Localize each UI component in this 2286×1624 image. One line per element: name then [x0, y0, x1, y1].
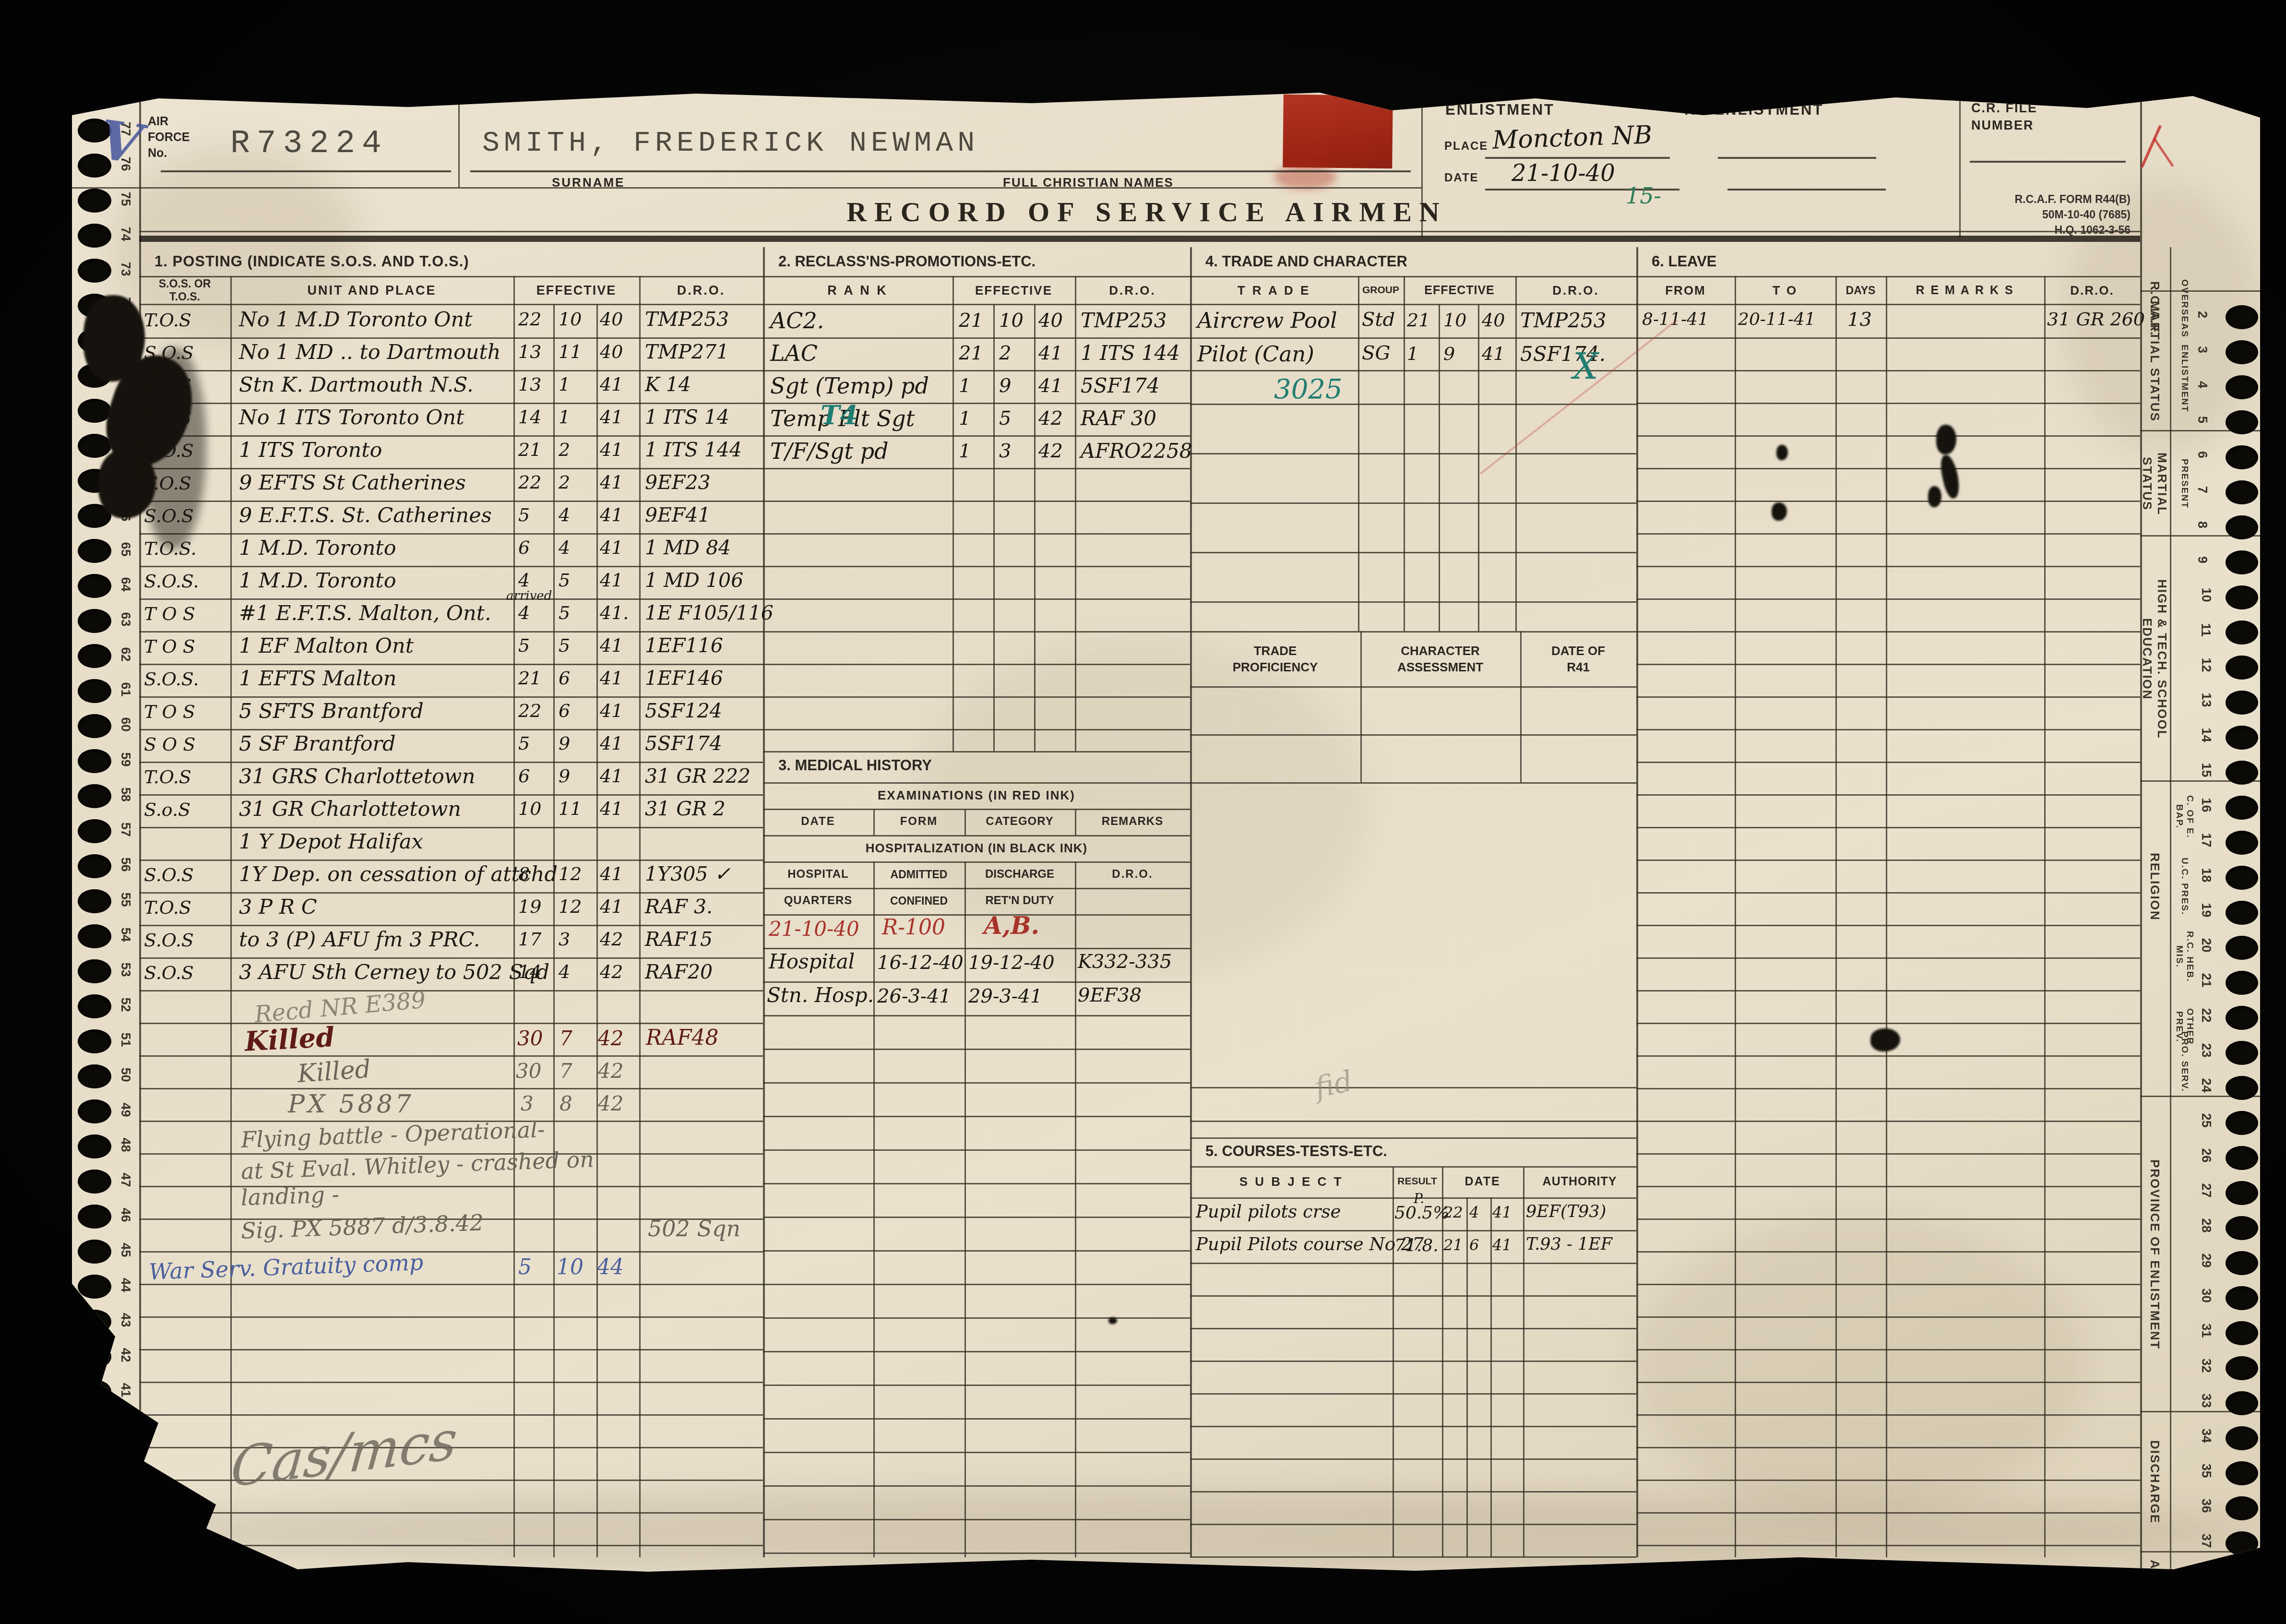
promotions-col-dro: D.R.O. — [1075, 277, 1190, 304]
promotion-dro: AFRO2258 — [1081, 439, 1192, 463]
punch-hole — [2226, 971, 2258, 995]
grid-line — [1190, 1328, 1636, 1329]
edge-number-right: 31 — [2199, 1323, 2214, 1337]
grid-line — [1636, 794, 2140, 796]
edge-label-outer: C. OF E. BAP. — [2171, 781, 2198, 852]
grid-line — [139, 762, 763, 763]
punch-hole — [2226, 550, 2258, 574]
grid-line — [1718, 157, 1876, 159]
grid-line — [1636, 1088, 2140, 1089]
grid-line — [139, 1088, 763, 1089]
grid-line — [1636, 762, 2140, 763]
posting-day: 8 — [518, 863, 530, 884]
medical-hosp-band: HOSPITALIZATION (IN BLACK INK) — [763, 836, 1190, 860]
punch-hole — [2226, 375, 2258, 399]
punch-hole — [78, 1240, 111, 1264]
edge-number-right: 35 — [2199, 1463, 2214, 1478]
grid-line — [1190, 1491, 1636, 1493]
posting-sos: T O S — [144, 636, 195, 657]
punch-hole — [78, 434, 111, 458]
grid-line — [1190, 1556, 1636, 1558]
trade-month: 10 — [1443, 310, 1466, 331]
promotions-col-effective: EFFECTIVE — [952, 277, 1075, 304]
promotion-dro: RAF 30 — [1081, 406, 1156, 430]
section-medical-title: 3. MEDICAL HISTORY — [778, 757, 932, 774]
edge-number-left: 64 — [118, 577, 133, 591]
edge-number-left: 49 — [118, 1102, 133, 1117]
grid-line — [1636, 598, 2140, 600]
edge-label-inner: MARTIAL STATUS — [2141, 431, 2168, 537]
posting-killed-pencil-month: 7 — [560, 1059, 572, 1083]
edge-number-left: 65 — [118, 542, 133, 556]
posting-killed-red-day: 30 — [517, 1027, 543, 1050]
trade-r41-col: DATE OF R41 — [1520, 631, 1636, 686]
posting-month: 4 — [559, 961, 570, 982]
paper-stain — [72, 1490, 2260, 1572]
grid-line — [139, 1545, 763, 1546]
posting-year: 41 — [600, 504, 623, 525]
grid-line — [1190, 1295, 1636, 1297]
trade-name: Aircrew Pool — [1197, 308, 1337, 333]
course-result: 50.5% — [1394, 1203, 1449, 1223]
grid-line — [763, 631, 1190, 633]
trade-prof-col: TRADE PROFICIENCY — [1190, 631, 1360, 686]
posting-year: 41 — [600, 472, 623, 493]
grid-line — [139, 1284, 763, 1285]
ink-blot — [1772, 502, 1787, 521]
grid-line — [139, 468, 763, 469]
punch-hole — [2226, 1461, 2258, 1485]
leave-col-from: FROM — [1636, 277, 1735, 304]
course-year: 41 — [1492, 1203, 1512, 1221]
posting-killed-red: Killed — [244, 1021, 335, 1058]
posting-unit: 1 Y Depot Halifax — [239, 830, 423, 854]
punch-hole — [78, 749, 111, 773]
grid-line — [1636, 664, 2140, 665]
posting-sos: T.O.S — [144, 897, 191, 918]
medical-hosp-col-hospital: HOSPITAL — [763, 862, 873, 886]
grid-line — [763, 533, 1190, 535]
edge-number-right: 30 — [2199, 1288, 2214, 1302]
posting-sos: S.O.S. — [144, 571, 199, 592]
edge-number-right: 17 — [2199, 833, 2214, 847]
promotion-rank: T/F/Sgt pd — [770, 438, 889, 464]
promotion-rank: LAC — [770, 340, 818, 366]
medical-exam-band: EXAMINATIONS (IN RED INK) — [763, 783, 1190, 807]
grid-line — [1190, 1197, 1636, 1199]
punch-hole — [2226, 726, 2258, 750]
punch-hole — [2226, 901, 2258, 925]
posting-dro: 1 MD 84 — [645, 536, 731, 559]
promotion-dro: 5SF174 — [1081, 374, 1160, 397]
edge-label-inner: AC — [2141, 1552, 2168, 1588]
punch-hole — [2226, 445, 2258, 469]
posting-year: 41 — [600, 406, 623, 428]
posting-sos: S.O.S — [144, 930, 194, 951]
section-leave-title: 6. LEAVE — [1652, 253, 1717, 270]
posting-sos: S.o.S — [144, 799, 190, 820]
posting-dro: RAF 3. — [645, 895, 713, 918]
grid-line — [763, 981, 1190, 983]
leave-dro: 31 GR 260 — [2047, 309, 2145, 330]
edge-number-left: 57 — [118, 822, 133, 836]
form-reference: R.C.A.F. FORM R44(B) 50M-10-40 (7685) H.… — [1939, 191, 2131, 238]
promotion-month: 3 — [999, 440, 1011, 462]
posting-unit: to 3 (P) AFU fm 3 PRC. — [239, 928, 480, 952]
grid-line — [1636, 1316, 2140, 1318]
grid-line — [139, 1349, 763, 1350]
punch-hole — [78, 574, 111, 598]
grid-line — [1636, 631, 2140, 633]
edge-number-left: 63 — [118, 612, 133, 626]
medical-hosp-col-confined: CONFINED — [873, 889, 964, 913]
grid-line — [763, 914, 1190, 916]
edge-label-outer: PRO. SERV. — [2171, 1027, 2198, 1097]
grid-line — [1636, 1480, 2140, 1481]
promotion-rank: AC2. — [770, 308, 824, 334]
posting-killed-red-dro: RAF48 — [646, 1026, 718, 1050]
edge-number-left: 45 — [118, 1242, 133, 1257]
grid-line — [763, 1452, 1190, 1453]
leave-days: 13 — [1847, 309, 1872, 331]
posting-dro: 9EF41 — [645, 503, 711, 526]
grid-line — [139, 598, 763, 600]
enlistment-label: ENLISTMENT — [1445, 101, 1555, 119]
edge-number-right: 18 — [2199, 868, 2214, 882]
posting-year: 41 — [600, 896, 623, 917]
grid-line — [1439, 305, 1440, 631]
edge-number-right: 9 — [2195, 556, 2210, 563]
posting-day: 22 — [518, 700, 541, 721]
posting-month: 12 — [559, 863, 582, 884]
grid-line — [763, 1015, 1190, 1016]
edge-number-left: 47 — [118, 1172, 133, 1187]
grid-line — [139, 664, 763, 665]
grid-line — [1636, 403, 2140, 404]
punch-hole — [2226, 1216, 2258, 1240]
grid-line — [763, 1418, 1190, 1420]
grid-line — [763, 1552, 1190, 1554]
medical-hosp-col-retn-duty: RET'N DUTY — [964, 889, 1075, 913]
grid-line — [1190, 1524, 1636, 1525]
posting-day: 4 — [518, 602, 530, 623]
grid-line — [139, 1512, 763, 1514]
grid-line — [1190, 1230, 1636, 1231]
punch-hole — [2226, 480, 2258, 504]
section-trade-title: 4. TRADE AND CHARACTER — [1205, 253, 1407, 270]
medical-hosp-col-quarters: QUARTERS — [763, 889, 873, 913]
medical-hosp-col-discharge: DISCHARGE — [964, 862, 1075, 886]
course-year: 41 — [1492, 1236, 1512, 1254]
grid-line — [1636, 501, 2140, 502]
edge-number-right: 37 — [2199, 1533, 2214, 1548]
posting-month: 3 — [559, 929, 570, 950]
course-month: 6 — [1469, 1236, 1479, 1254]
posting-dro: TMP271 — [645, 340, 729, 363]
leave-col-days: DAYS — [1835, 277, 1886, 304]
posting-month: 5 — [559, 570, 570, 591]
posting-sos: S.O.S — [144, 962, 194, 983]
grid-line — [763, 1082, 1190, 1084]
trade-name: Pilot (Can) — [1197, 341, 1314, 367]
posting-day: 22 — [518, 309, 541, 330]
edge-label-inner: MARTIAL STATUS — [2141, 291, 2168, 431]
medical-hosp-discharge: 29-3-41 — [968, 985, 1042, 1007]
grid-line — [139, 925, 763, 926]
edge-number-right: 16 — [2199, 798, 2214, 812]
trade-col-dro: D.R.O. — [1515, 277, 1636, 304]
grid-line — [139, 1251, 763, 1253]
posting-year: 42 — [600, 961, 623, 982]
posting-day: 13 — [518, 374, 541, 395]
grid-line — [1636, 1153, 2140, 1155]
promotion-day: 1 — [959, 375, 971, 397]
grid-line — [1190, 734, 1636, 736]
posting-year: 41 — [600, 765, 623, 787]
promotions-col-rank: R A N K — [763, 277, 952, 304]
grid-line — [1636, 1251, 2140, 1253]
posting-day: 19 — [518, 896, 541, 917]
grid-line — [458, 89, 460, 187]
posting-day: 14 — [518, 406, 541, 428]
punch-hole — [78, 1310, 111, 1334]
grid-line — [1075, 276, 1076, 751]
posting-sos: S.O.S — [144, 864, 194, 885]
posting-unit: 9 E.F.T.S. St. Catherines — [239, 503, 492, 527]
grid-line — [139, 435, 763, 437]
edge-number-right: 36 — [2199, 1498, 2214, 1513]
punch-hole — [78, 1205, 111, 1229]
edge-number-right: 32 — [2199, 1358, 2214, 1373]
course-authority: T.93 - 1EF — [1526, 1235, 1612, 1254]
punch-hole — [2226, 305, 2258, 329]
posting-month: 6 — [559, 668, 570, 689]
grid-line — [1636, 1349, 2140, 1350]
edge-number-right: 20 — [2199, 938, 2214, 952]
punch-hole — [2226, 1566, 2258, 1590]
punch-hole — [78, 644, 111, 668]
grid-line — [993, 305, 995, 751]
punch-hole — [2226, 1321, 2258, 1345]
promotion-month: 5 — [999, 407, 1011, 430]
punch-hole — [78, 784, 111, 808]
grid-line — [1636, 1382, 2140, 1383]
grid-line — [763, 1149, 1190, 1151]
posting-day: 5 — [518, 504, 530, 525]
posting-dro: 1EF116 — [645, 634, 723, 657]
course-subject: Pupil Pilots course No 27 — [1196, 1234, 1424, 1254]
posting-year: 41 — [600, 439, 623, 460]
grid-line — [1190, 1458, 1636, 1460]
posting-day: 4 — [518, 570, 530, 591]
record-of-service-card: T.O.SNo 1 M.D Toronto Ont221040TMP253S.O… — [72, 89, 2260, 1572]
punch-hole — [78, 1380, 111, 1404]
posting-dro: 5SF174 — [645, 732, 722, 755]
grid-line — [139, 860, 763, 861]
grid-line — [763, 751, 1190, 752]
punch-hole — [2226, 761, 2258, 785]
punch-hole — [2226, 1391, 2258, 1415]
posting-unit: No 1 MD .. to Dartmouth — [239, 340, 501, 364]
edge-number-left: 55 — [118, 892, 133, 907]
punch-hole — [2226, 1531, 2258, 1555]
course-day: 21 — [1443, 1236, 1463, 1254]
posting-killed-pencil: Killed — [297, 1055, 372, 1089]
grid-line — [1190, 1137, 1636, 1139]
posting-unit: 5 SFTS Brantford — [239, 699, 424, 723]
posting-col-effective: EFFECTIVE — [513, 277, 639, 304]
edge-number-right: 19 — [2199, 903, 2214, 917]
red-pencil-mark — [2153, 137, 2174, 167]
posting-month: 1 — [559, 406, 570, 428]
punch-hole — [78, 259, 111, 283]
grid-line — [1190, 1393, 1636, 1395]
punch-hole — [78, 224, 111, 248]
grid-line — [763, 566, 1190, 567]
scan-background: T.O.SNo 1 M.D Toronto Ont221040TMP253S.O… — [0, 0, 2286, 1624]
ink-speck — [1108, 1317, 1117, 1324]
posting-dro: TMP253 — [645, 308, 729, 331]
edge-number-left: 54 — [118, 927, 133, 942]
edge-number-right: 14 — [2199, 728, 2214, 742]
grid-line — [1636, 957, 2140, 959]
posting-year: 41 — [600, 798, 623, 819]
grid-line — [1636, 566, 2140, 567]
trade-col-effective: EFFECTIVE — [1404, 277, 1515, 304]
punch-hole — [2226, 621, 2258, 645]
posting-year: 41 — [600, 733, 623, 754]
posting-dro: 1 ITS 14 — [645, 406, 729, 429]
posting-dro: 1 ITS 144 — [645, 438, 742, 461]
posting-dro: 1E F105/116 — [645, 601, 774, 624]
medical-exam-date: 21-10-40 — [769, 917, 859, 941]
edge-number-left: 51 — [118, 1032, 133, 1047]
edge-number-right: 23 — [2199, 1043, 2214, 1057]
medical-hosp-admitted: 16-12-40 — [877, 952, 964, 974]
grid-line — [763, 1049, 1190, 1050]
grid-line — [139, 1023, 763, 1024]
edge-number-left: 62 — [118, 647, 133, 661]
medical-exam-col-category: CATEGORY — [964, 810, 1075, 834]
grid-line — [1190, 782, 1636, 784]
posting-paragraph-line: Sig. PX 5887 d/3.8.42 — [240, 1209, 484, 1244]
trade-col-trade: T R A D E — [1190, 277, 1358, 304]
edge-number-left: 75 — [118, 191, 133, 206]
promotion-month: 10 — [999, 310, 1024, 332]
grid-line — [139, 236, 2140, 242]
promotion-year: 41 — [1038, 342, 1063, 364]
grid-line — [763, 696, 1190, 698]
posting-month: 2 — [559, 472, 570, 493]
date-label: DATE — [1444, 171, 1479, 185]
punch-hole — [2226, 1041, 2258, 1065]
posting-sos: T O S — [144, 603, 195, 624]
grid-line — [1636, 1218, 2140, 1220]
grid-line — [1636, 533, 2140, 535]
posting-unit: #1 E.F.T.S. Malton, Ont. — [239, 601, 491, 625]
posting-year: 41 — [600, 635, 623, 656]
edge-number-left: 50 — [118, 1067, 133, 1082]
posting-sos: S O S — [144, 734, 195, 755]
promotion-day: 1 — [959, 440, 971, 462]
re-enlistment-label: RE-ENLISTMENT — [1684, 101, 1823, 119]
posting-day: 17 — [518, 929, 541, 950]
grid-line — [1190, 552, 1636, 553]
section-promotions-title: 2. RECLASS'NS-PROMOTIONS-ETC. — [778, 253, 1036, 270]
posting-day: 6 — [518, 765, 530, 787]
grid-line — [139, 501, 763, 502]
medical-hosp-discharge: 19-12-40 — [968, 952, 1055, 974]
posting-month: 11 — [559, 798, 582, 819]
edge-number-right: 21 — [2199, 973, 2214, 987]
grid-line — [1636, 892, 2140, 894]
course-result: 71.8. — [1394, 1236, 1439, 1255]
promotion-t4-note: T4 — [821, 400, 858, 430]
medical-hosp-col-dro: D.R.O. — [1075, 862, 1190, 886]
posting-month: 4 — [559, 504, 570, 525]
punch-hole — [78, 1064, 111, 1088]
section-courses-title: 5. COURSES-TESTS-ETC. — [1205, 1143, 1387, 1160]
trade-teal-x: X — [1573, 346, 1598, 387]
punch-hole — [2226, 936, 2258, 960]
grid-line — [1636, 1023, 2140, 1024]
punch-hole — [2226, 866, 2258, 890]
posting-day: 14 — [518, 961, 541, 982]
posting-gratuity-year: 44 — [597, 1255, 624, 1279]
edge-number-left: 73 — [118, 262, 133, 276]
grid-line — [1636, 1414, 2140, 1416]
posting-year: 42 — [600, 929, 623, 950]
grid-line — [139, 566, 763, 567]
grid-line — [1636, 1512, 2140, 1514]
course-subject: Pupil pilots crse — [1196, 1201, 1341, 1222]
edge-number-right: 27 — [2199, 1183, 2214, 1197]
grid-line — [1636, 370, 2140, 371]
punch-hole — [2226, 1076, 2258, 1100]
posting-sos: S.O.S. — [144, 669, 199, 690]
posting-unit: 1Y Dep. on cessation of attchd — [239, 862, 558, 886]
grid-line — [763, 598, 1190, 600]
punch-hole — [78, 539, 111, 563]
promotion-year: 41 — [1038, 375, 1063, 397]
posting-month: 1 — [559, 374, 570, 395]
posting-unit: No 1 M.D Toronto Ont — [239, 308, 472, 332]
grid-line — [1523, 1167, 1524, 1557]
edge-number-left: 74 — [118, 227, 133, 241]
air-force-no-label: AIR FORCE No. — [148, 114, 190, 161]
grid-line — [1636, 1545, 2140, 1546]
punch-hole — [78, 1170, 111, 1194]
posting-gratuity: War Serv. Gratuity comp — [148, 1249, 424, 1285]
posting-killed-red-month: 7 — [560, 1027, 572, 1050]
red-stamp-smudge — [1274, 165, 1336, 190]
edge-label-inner: DISCHARGE — [2141, 1412, 2168, 1552]
grid-line — [763, 729, 1190, 730]
grid-line — [139, 231, 2140, 232]
grid-line — [763, 1284, 1190, 1285]
trade-year: 40 — [1482, 310, 1505, 331]
edge-number-right: 12 — [2199, 657, 2214, 672]
grid-line — [1190, 1361, 1636, 1362]
grid-line — [763, 1519, 1190, 1520]
medical-hosp-dro: 9EF38 — [1078, 984, 1142, 1006]
grid-line — [763, 1183, 1190, 1184]
punch-hole — [78, 189, 111, 213]
grid-line — [763, 948, 1190, 949]
medical-hosp-col-admitted: ADMITTED — [873, 862, 964, 886]
edge-number-left: 60 — [118, 717, 133, 731]
promotion-year: 42 — [1038, 440, 1063, 462]
